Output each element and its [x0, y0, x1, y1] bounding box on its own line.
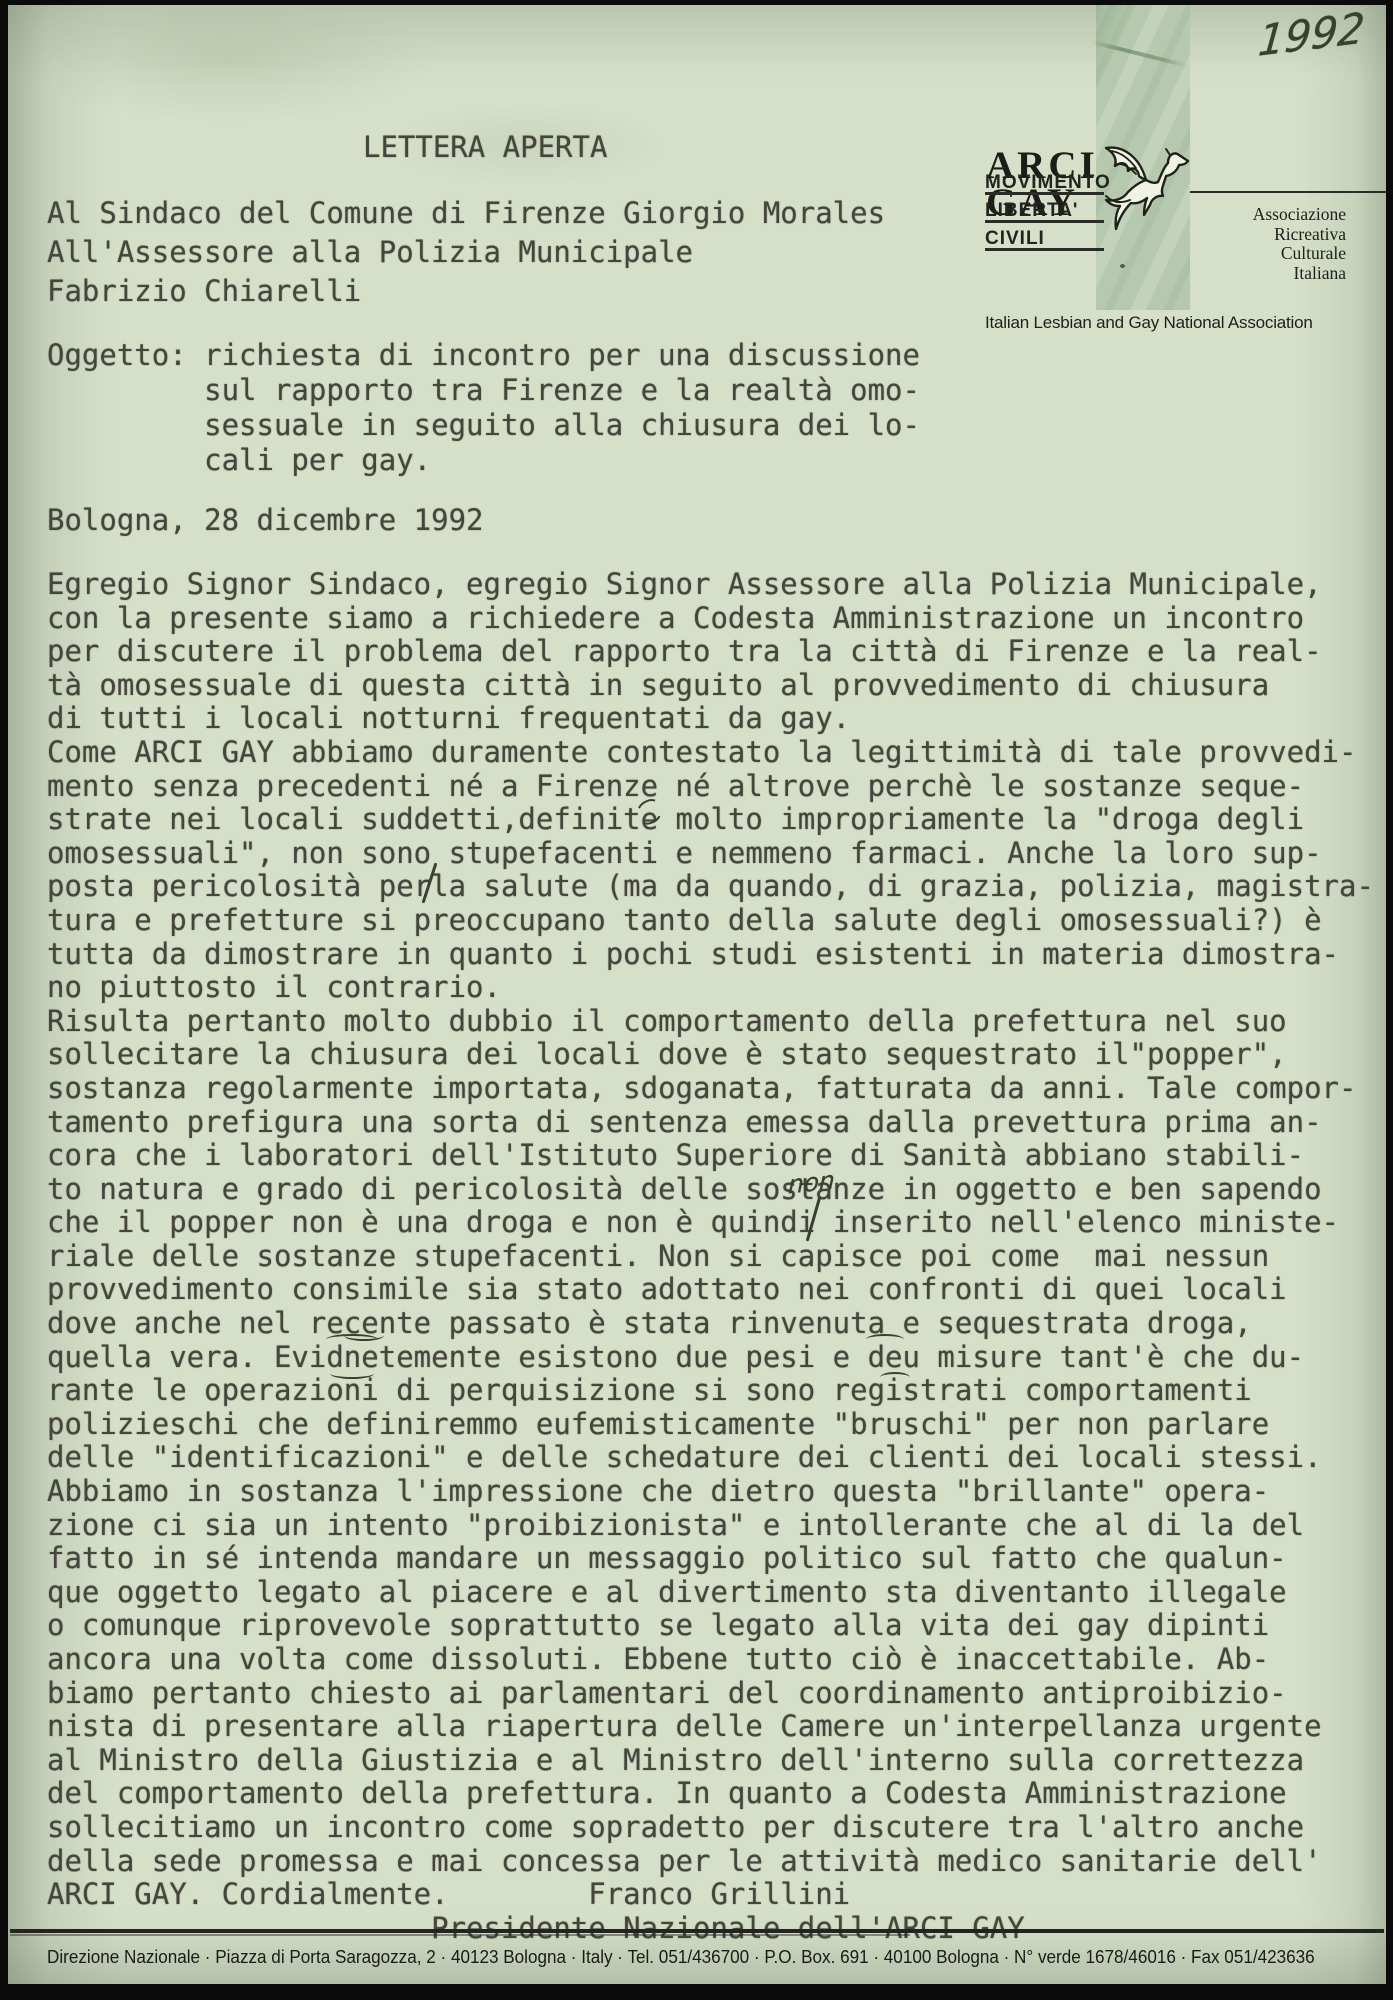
handwritten-insertion-non: non: [788, 1165, 836, 1199]
ink-speck: [1120, 264, 1125, 268]
scan-border-bottom: [0, 1984, 1393, 2000]
pen-arc-evidentemente-top: [326, 1334, 378, 1345]
letterhead-footer-address: Direzione Nazionale · Piazza di Porta Sa…: [47, 1947, 1315, 1968]
civili-underline: [985, 248, 1104, 251]
pen-arc-deu: [866, 1334, 904, 1345]
association-rule: [1190, 191, 1386, 193]
association-name-english: Italian Lesbian and Gay National Associa…: [985, 313, 1313, 333]
scan-border-top: [0, 0, 1393, 5]
recipients-block: Al Sindaco del Comune di Firenze Giorgio…: [47, 194, 885, 311]
scanned-letter-page: ARCI GAY MOVIMENTO LIBERTA' CIVILI Assoc…: [0, 0, 1393, 2000]
scan-border-right: [1386, 0, 1393, 2000]
liberta-underline: [985, 220, 1104, 223]
pen-arc-registrati: [880, 1372, 910, 1383]
letter-body: Egregio Signor Sindaco, egregio Signor A…: [47, 568, 1374, 1945]
logo-word-movimento: MOVIMENTO: [985, 172, 1105, 194]
association-name-italian: Associazione Ricreativa Culturale Italia…: [1150, 205, 1346, 283]
subject-block: Oggetto: richiesta di incontro per una d…: [47, 338, 920, 478]
signature-rule-echo: [10, 1934, 910, 1936]
movimento-underline: [985, 192, 1104, 195]
letter-title: LETTERA APERTA: [363, 131, 607, 165]
logo-word-liberta: LIBERTA': [985, 200, 1105, 222]
pen-arc-evidentemente-bottom: [330, 1368, 374, 1379]
logo-word-civili: CIVILI: [985, 228, 1105, 250]
dateline: Bologna, 28 dicembre 1992: [47, 504, 484, 538]
signature-rule: [10, 1929, 1384, 1933]
scan-border-left: [0, 0, 8, 2000]
